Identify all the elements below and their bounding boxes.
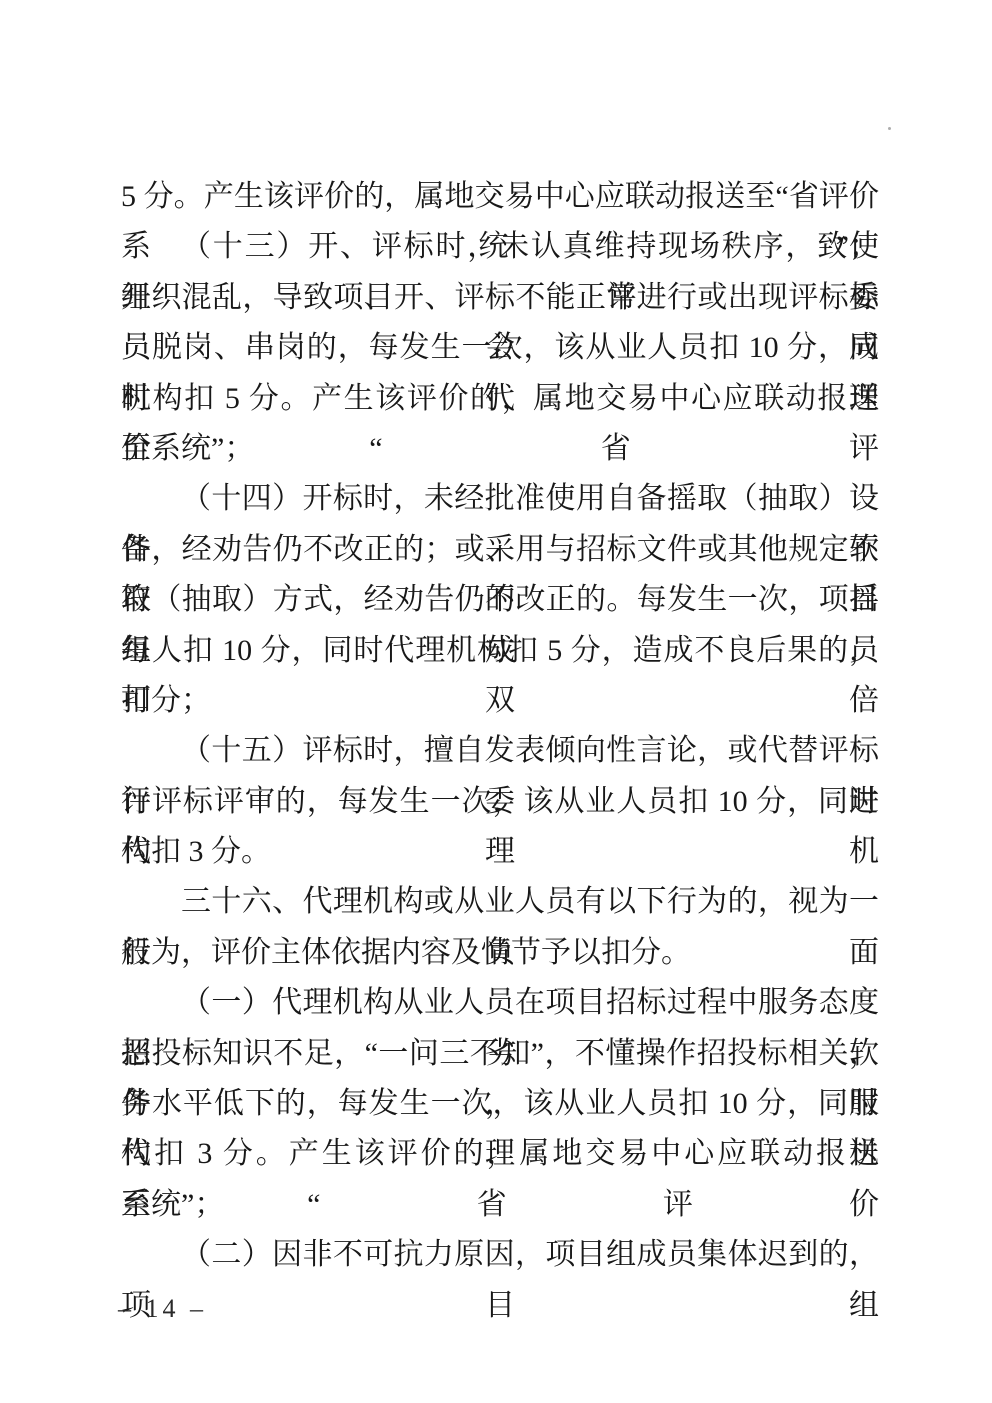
- text-line: 每人扣 10 分，同时代理机构扣 5 分，造成不良后果的，可双倍: [121, 626, 879, 676]
- text-line: 招投标知识不足，“一问三不知”，不懂操作招投标相关软件，服: [121, 1029, 879, 1079]
- text-line: 员脱岗、串岗的，每发生一次，该从业人员扣 10 分，同时代理: [121, 323, 879, 373]
- text-line: （十四）开标时，未经批准使用自备摇取（抽取）设备、软: [121, 474, 879, 524]
- text-line: 务水平低下的，每发生一次，该从业人员扣 10 分，同时代理机: [121, 1079, 879, 1129]
- text-line: 行评标评审的，每发生一次，该从业人员扣 10 分，同时代理机: [121, 777, 879, 827]
- page-number: – 14 –: [118, 1294, 207, 1324]
- text-line: 构扣 3 分。产生该评价的，属地交易中心应联动报送至“省评价: [121, 1129, 879, 1179]
- text-line: 件，经劝告仍不改正的；或采用与招标文件或其他规定不符的摇: [121, 525, 879, 575]
- text-line: （十五）评标时，擅自发表倾向性言论，或代替评标评委进: [121, 726, 879, 776]
- text-line: （二）因非不可抗力原因，项目组成员集体迟到的，项目组: [121, 1230, 879, 1280]
- scan-artifact-dot: [888, 127, 891, 130]
- text-line: 5 分。产生该评价的，属地交易中心应联动报送至“省评价系统”；: [121, 172, 879, 222]
- document-page: 5 分。产生该评价的，属地交易中心应联动报送至“省评价系统”；（十三）开、评标时…: [0, 0, 992, 1403]
- text-line: （十三）开、评标时，未认真维持现场秩序，致使开、评标: [121, 222, 879, 272]
- document-text-block: 5 分。产生该评价的，属地交易中心应联动报送至“省评价系统”；（十三）开、评标时…: [121, 172, 879, 1281]
- text-line: 三十六、代理机构或从业人员有以下行为的，视为一般负面: [121, 877, 879, 927]
- text-line: 机构扣 5 分。产生该评价的，属地交易中心应联动报送至“省评: [121, 374, 879, 424]
- text-line: 组织混乱，导致项目开、评标不能正常进行或出现评标委员会成: [121, 273, 879, 323]
- text-line: （一）代理机构从业人员在项目招标过程中服务态度恶劣，: [121, 978, 879, 1028]
- text-line: 取（抽取）方式，经劝告仍不改正的。每发生一次，项目组成员: [121, 575, 879, 625]
